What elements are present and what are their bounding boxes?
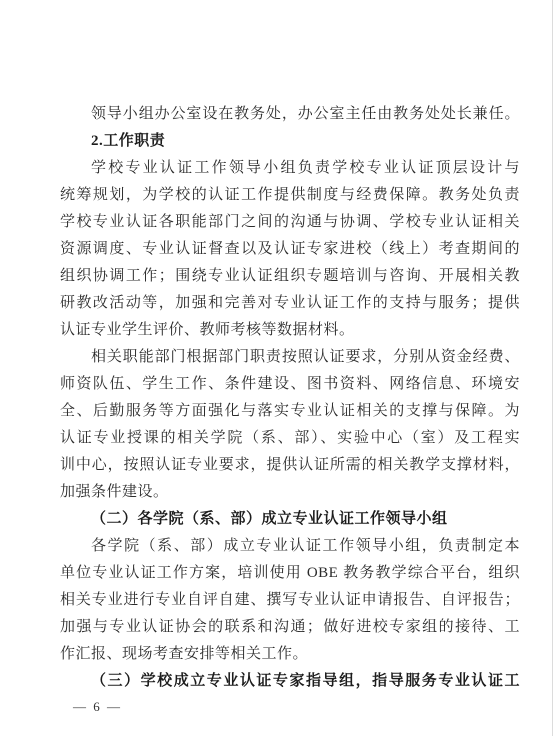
text-line: 资源调度、专业认证督查以及认证专家进校（线上）考查期间的 [60, 236, 520, 263]
document-page: 领导小组办公室设在教务处，办公室主任由教务处处长兼任。2.工作职责学校专业认证工… [0, 0, 557, 736]
text-line: 训中心，按照认证专业要求，提供认证所需的相关教学支撑材料， [60, 452, 520, 479]
heading-line: （三）学校成立专业认证专家指导组，指导服务专业认证工 [60, 668, 520, 695]
document-body: 领导小组办公室设在教务处，办公室主任由教务处处长兼任。2.工作职责学校专业认证工… [60, 101, 520, 695]
text-line: 学校专业认证工作领导小组负责学校专业认证顶层设计与 [60, 155, 520, 182]
text-line: 认证专业授课的相关学院（系、部）、实验中心（室）及工程实 [60, 425, 520, 452]
text-line: 师资队伍、学生工作、条件建设、图书资料、网络信息、环境安 [60, 371, 520, 398]
text-line: 组织协调工作；围绕专业认证组织专题培训与咨询、开展相关教 [60, 263, 520, 290]
text-line: 学校专业认证各职能部门之间的沟通与协调、学校专业认证相关 [60, 209, 520, 236]
heading-line: 2.工作职责 [60, 128, 520, 155]
text-line: 全、后勤服务等方面强化与落实专业认证相关的支撑与保障。为 [60, 398, 520, 425]
text-line: 研教改活动等，加强和完善对专业认证工作的支持与服务；提供 [60, 290, 520, 317]
text-line: 统筹规划，为学校的认证工作提供制度与经费保障。教务处负责 [60, 182, 520, 209]
text-line: 相关职能部门根据部门职责按照认证要求，分别从资金经费、 [60, 344, 520, 371]
text-line: 相关专业进行专业自评自建、撰写专业认证申请报告、自评报告； [60, 587, 520, 614]
text-line: 认证专业学生评价、教师考核等数据材料。 [60, 317, 520, 344]
text-line: 单位专业认证工作方案，培训使用 OBE 教务教学综合平台，组织 [60, 560, 520, 587]
page-edge-line [552, 0, 553, 736]
text-line: 各学院（系、部）成立专业认证工作领导小组，负责制定本 [60, 533, 520, 560]
text-line: 加强条件建设。 [60, 479, 520, 506]
page-number: — 6 — [73, 699, 122, 715]
heading-line: （二）各学院（系、部）成立专业认证工作领导小组 [60, 506, 520, 533]
text-line: 作汇报、现场考查安排等相关工作。 [60, 641, 520, 668]
text-line: 领导小组办公室设在教务处，办公室主任由教务处处长兼任。 [60, 101, 520, 128]
text-line: 加强与专业认证协会的联系和沟通；做好进校专家组的接待、工 [60, 614, 520, 641]
